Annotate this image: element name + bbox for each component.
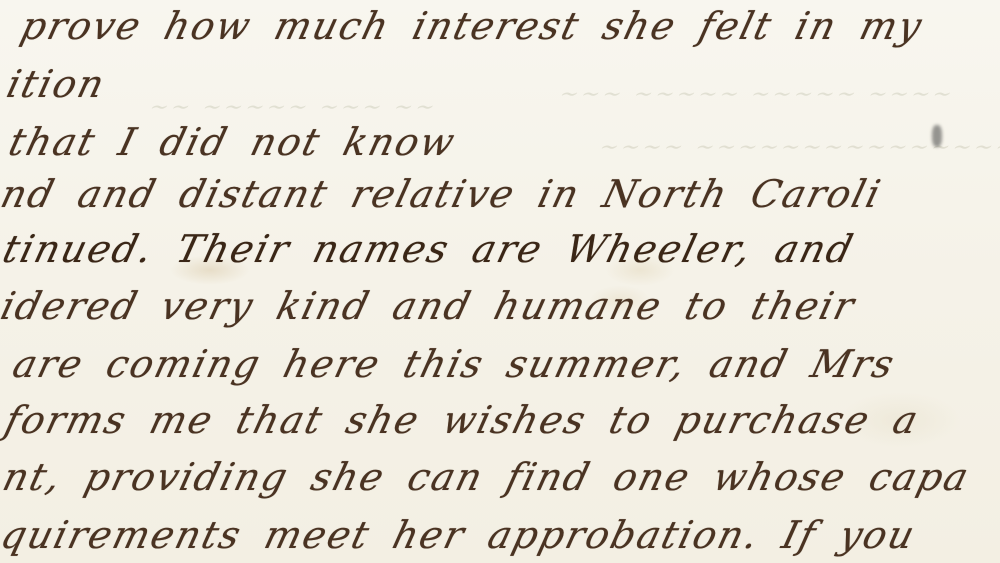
manuscript-line-8: forms me that she wishes to purchase a [1,398,925,442]
bleed-through-text: ~~ ~~~~~ ~~~ ~~ [144,95,443,120]
manuscript-line-7: are coming here this summer, and Mrs [9,342,901,386]
manuscript-line-4: nd and distant relative in North Caroli [0,172,886,216]
manuscript-line-3: that I did not know [5,120,461,164]
bleed-through-text: ~~~ ~~~~~ ~~~~~ ~~~~ [554,82,960,107]
manuscript-line-1: prove how much interest she felt in my [17,4,928,48]
ink-blot [932,125,942,147]
manuscript-page: ~~~ ~~~~~ ~~~~~ ~~~~ ~~~~ ~~~~~~~~~~~~~~… [0,0,1000,563]
manuscript-line-10: quirements meet her approbation. If you [0,513,921,557]
manuscript-line-6: idered very kind and humane to their [0,284,860,328]
manuscript-line-2: ition [3,62,111,106]
manuscript-line-9: nt, providing she can find one whose cap… [0,455,975,499]
manuscript-line-5: tinued. Their names are Wheeler, and [0,227,859,271]
